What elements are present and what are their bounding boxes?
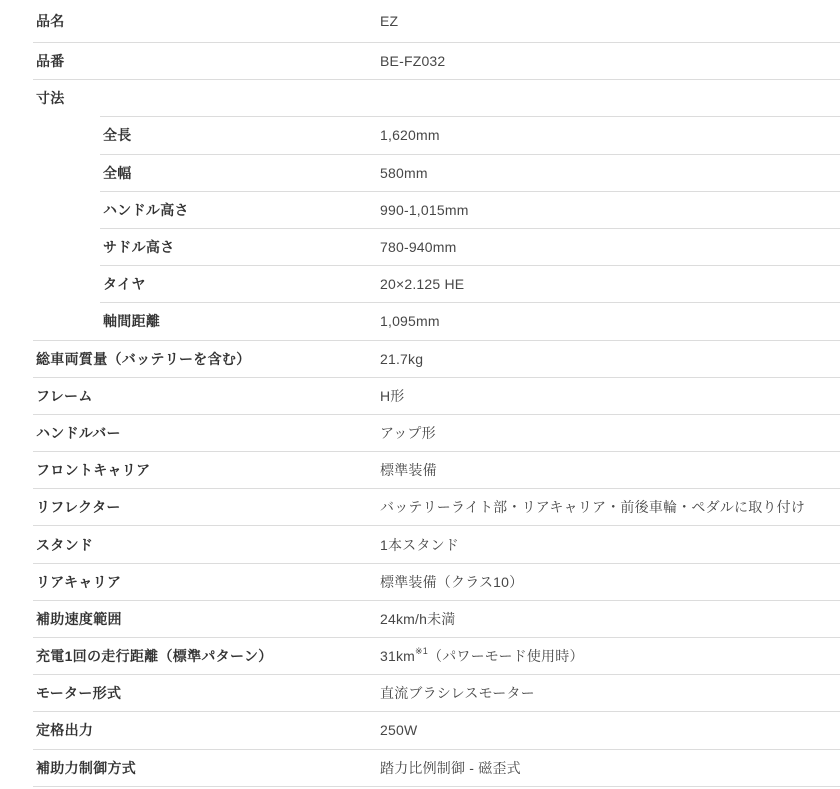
spec-value: 990-1,015mm — [380, 202, 469, 218]
table-row: 補助力制御方式 踏力比例制御 - 磁歪式 — [33, 749, 840, 786]
table-row: サドル高さ 780-940mm — [100, 228, 840, 265]
spec-value-text: 990-1,015mm — [380, 202, 469, 218]
table-row: 総車両質量（バッテリーを含む） 21.7kg — [33, 340, 840, 377]
table-row: 軸間距離 1,095mm — [100, 302, 840, 339]
table-row: 全長 1,620mm — [100, 116, 840, 153]
spec-value: 21.7kg — [380, 351, 423, 367]
spec-value-text: 31km — [380, 648, 415, 664]
table-row: 定格出力 250W — [33, 711, 840, 748]
spec-table: 品名 EZ 品番 BE-FZ032 寸法 全長 1,620mm 全幅 580mm… — [0, 0, 840, 786]
spec-label: 品番 — [33, 51, 65, 71]
spec-value-text: アップ形 — [380, 425, 436, 441]
table-row: タイヤ 20×2.125 HE — [100, 265, 840, 302]
spec-value-text: 標準装備（クラス10） — [380, 574, 523, 590]
spec-value-suffix: （パワーモード使用時） — [428, 648, 584, 664]
table-row: 品番 BE-FZ032 — [33, 42, 840, 79]
spec-value-text: 1本スタンド — [380, 537, 459, 553]
table-row: フロントキャリア 標準装備 — [33, 451, 840, 488]
spec-value-text: 21.7kg — [380, 351, 423, 367]
spec-value-text: 1,620mm — [380, 127, 440, 143]
spec-label: 全長 — [100, 125, 132, 145]
spec-value: 1,620mm — [380, 127, 440, 143]
spec-label: サドル高さ — [100, 237, 175, 257]
table-row: モーター形式 直流ブラシレスモーター — [33, 674, 840, 711]
spec-value-text: 踏力比例制御 - 磁歪式 — [380, 760, 521, 776]
spec-value: 直流ブラシレスモーター — [380, 683, 535, 703]
table-row: 補助速度範囲 24km/h未満 — [33, 600, 840, 637]
spec-value: 31km※1（パワーモード使用時） — [380, 646, 584, 666]
spec-label: 総車両質量（バッテリーを含む） — [33, 349, 251, 369]
table-row: 寸法 — [33, 79, 840, 116]
spec-value-text: 20×2.125 HE — [380, 276, 464, 292]
spec-label: 定格出力 — [33, 720, 93, 740]
spec-label: フレーム — [33, 386, 93, 406]
table-row: フレーム H形 — [33, 377, 840, 414]
footnote-sup: ※1 — [415, 646, 428, 656]
spec-value: BE-FZ032 — [380, 53, 445, 69]
spec-value-text: 標準装備 — [380, 462, 437, 478]
spec-value-text: 250W — [380, 722, 417, 738]
spec-label: ハンドル高さ — [100, 200, 189, 220]
spec-label: リアキャリア — [33, 572, 121, 592]
spec-value: 250W — [380, 722, 417, 738]
spec-label: 品名 — [33, 11, 65, 31]
table-row: スタンド 1本スタンド — [33, 525, 840, 562]
spec-value-text: EZ — [380, 13, 398, 29]
spec-value-text: 直流ブラシレスモーター — [380, 685, 535, 701]
table-row: ハンドル高さ 990-1,015mm — [100, 191, 840, 228]
spec-value: バッテリーライト部・リアキャリア・前後車輪・ペダルに取り付け — [380, 497, 805, 517]
spec-label: 全幅 — [100, 163, 132, 183]
spec-label: タイヤ — [100, 274, 146, 294]
spec-label: リフレクター — [33, 497, 121, 517]
spec-value-text: H形 — [380, 388, 405, 404]
spec-label: スタンド — [33, 535, 93, 555]
spec-label: モーター形式 — [33, 683, 121, 703]
spec-value-text: BE-FZ032 — [380, 53, 445, 69]
spec-value: 24km/h未満 — [380, 609, 456, 629]
spec-value-text: 1,095mm — [380, 313, 440, 329]
spec-label: フロントキャリア — [33, 460, 150, 480]
spec-value-text: 24km/h未満 — [380, 611, 456, 627]
table-row: リフレクター バッテリーライト部・リアキャリア・前後車輪・ペダルに取り付け — [33, 488, 840, 525]
spec-label: 補助速度範囲 — [33, 609, 122, 629]
spec-value: H形 — [380, 386, 405, 406]
table-row: ハンドルバー アップ形 — [33, 414, 840, 451]
spec-label: 補助力制御方式 — [33, 758, 136, 778]
table-bottom-border — [33, 786, 840, 787]
spec-value: 標準装備（クラス10） — [380, 572, 523, 592]
spec-label: 寸法 — [33, 88, 65, 108]
spec-label: 充電1回の走行距離（標準パターン） — [33, 646, 273, 666]
table-row: 充電1回の走行距離（標準パターン） 31km※1（パワーモード使用時） — [33, 637, 840, 674]
spec-value-text: 580mm — [380, 165, 428, 181]
table-row: 品名 EZ — [33, 0, 840, 42]
spec-value: アップ形 — [380, 423, 436, 443]
spec-value: 1,095mm — [380, 313, 440, 329]
table-row: リアキャリア 標準装備（クラス10） — [33, 563, 840, 600]
spec-value: 580mm — [380, 165, 428, 181]
spec-value: 1本スタンド — [380, 535, 459, 555]
spec-label: ハンドルバー — [33, 423, 121, 443]
spec-value: 20×2.125 HE — [380, 276, 464, 292]
spec-value: 780-940mm — [380, 239, 457, 255]
table-row: 全幅 580mm — [100, 154, 840, 191]
spec-label: 軸間距離 — [100, 311, 160, 331]
spec-value: 踏力比例制御 - 磁歪式 — [380, 758, 521, 778]
spec-value-text: 780-940mm — [380, 239, 457, 255]
spec-value: 標準装備 — [380, 460, 437, 480]
spec-value: EZ — [380, 13, 398, 29]
spec-value-text: バッテリーライト部・リアキャリア・前後車輪・ペダルに取り付け — [380, 499, 805, 515]
